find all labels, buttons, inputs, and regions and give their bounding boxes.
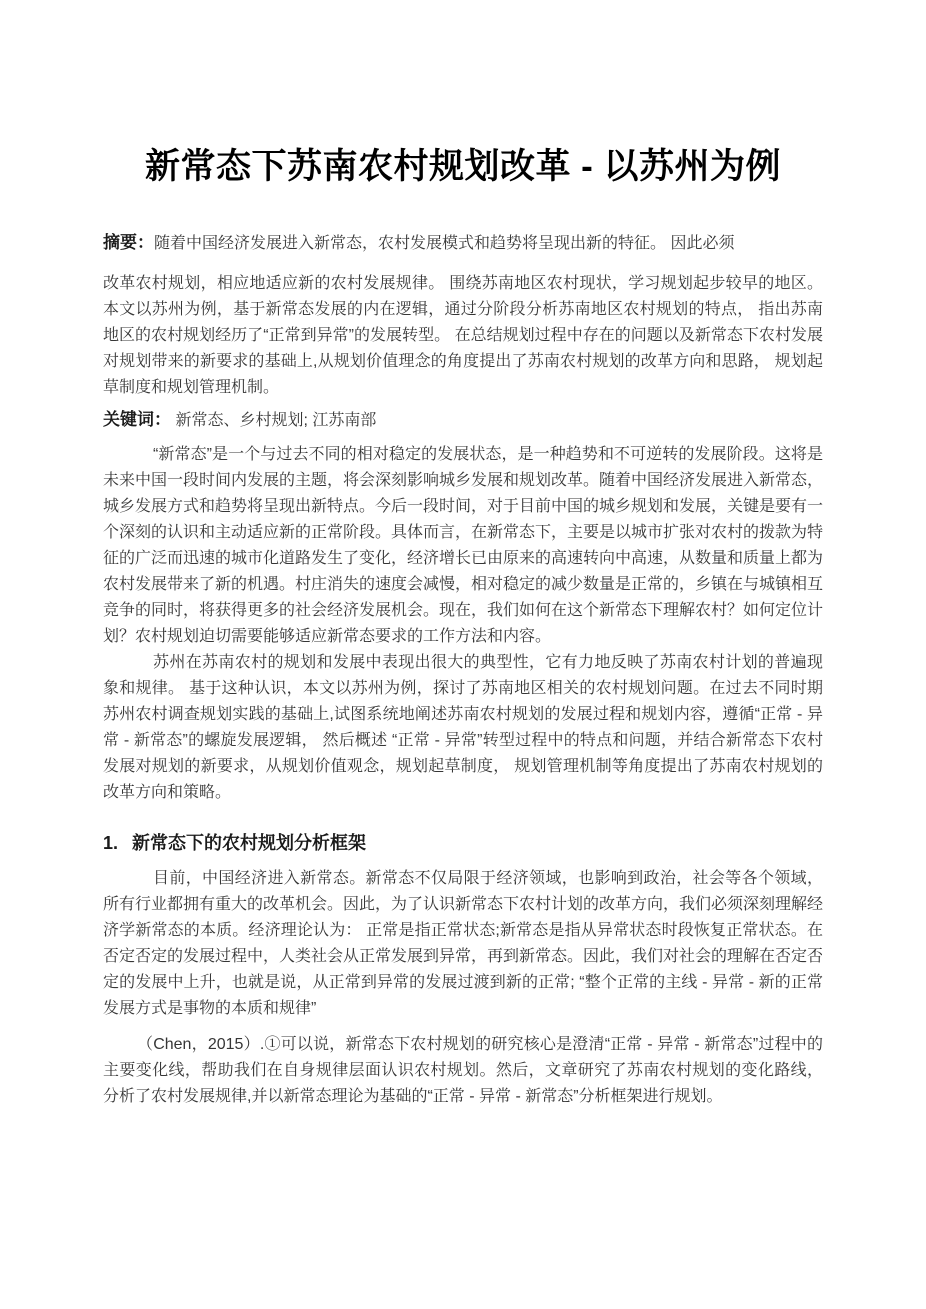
- abstract-label: 摘要：: [103, 233, 154, 252]
- keywords-text: 新常态、乡村规划; 江苏南部: [175, 412, 376, 429]
- section-1-title: 新常态下的农村规划分析框架: [132, 833, 366, 853]
- paper-title: 新常态下苏南农村规划改革 - 以苏州为例: [103, 146, 823, 188]
- abstract-opening-text: 随着中国经济发展进入新常态，农村发展模式和趋势将呈现出新的特征。 因此必须: [154, 235, 734, 252]
- paper-page: 新常态下苏南农村规划改革 - 以苏州为例 摘要：随着中国经济发展进入新常态，农村…: [0, 0, 926, 1309]
- section-1-heading: 1.新常态下的农村规划分析框架: [103, 830, 823, 856]
- abstract-body: 改革农村规划，相应地适应新的农村发展规律。 围绕苏南地区农村现状，学习规划起步较…: [103, 271, 823, 401]
- abstract-opening-line: 摘要：随着中国经济发展进入新常态，农村发展模式和趋势将呈现出新的特征。 因此必须: [103, 230, 823, 257]
- intro-paragraph-1: “新常态”是一个与过去不同的相对稳定的发展状态，是一种趋势和不可逆转的发展阶段。…: [103, 442, 823, 650]
- section-1-number: 1.: [103, 833, 118, 853]
- intro-paragraph-2: 苏州在苏南农村的规划和发展中表现出很大的典型性，它有力地反映了苏南农村计划的普遍…: [103, 650, 823, 806]
- section-1-paragraph-2: （Chen，2015）.①可以说，新常态下农村规划的研究核心是澄清“正常 - 异…: [103, 1032, 823, 1110]
- keywords-label: 关键词：: [103, 410, 171, 429]
- section-1-paragraph-1: 目前，中国经济进入新常态。新常态不仅局限于经济领域，也影响到政治，社会等各个领域…: [103, 866, 823, 1022]
- keywords-line: 关键词： 新常态、乡村规划; 江苏南部: [103, 407, 823, 434]
